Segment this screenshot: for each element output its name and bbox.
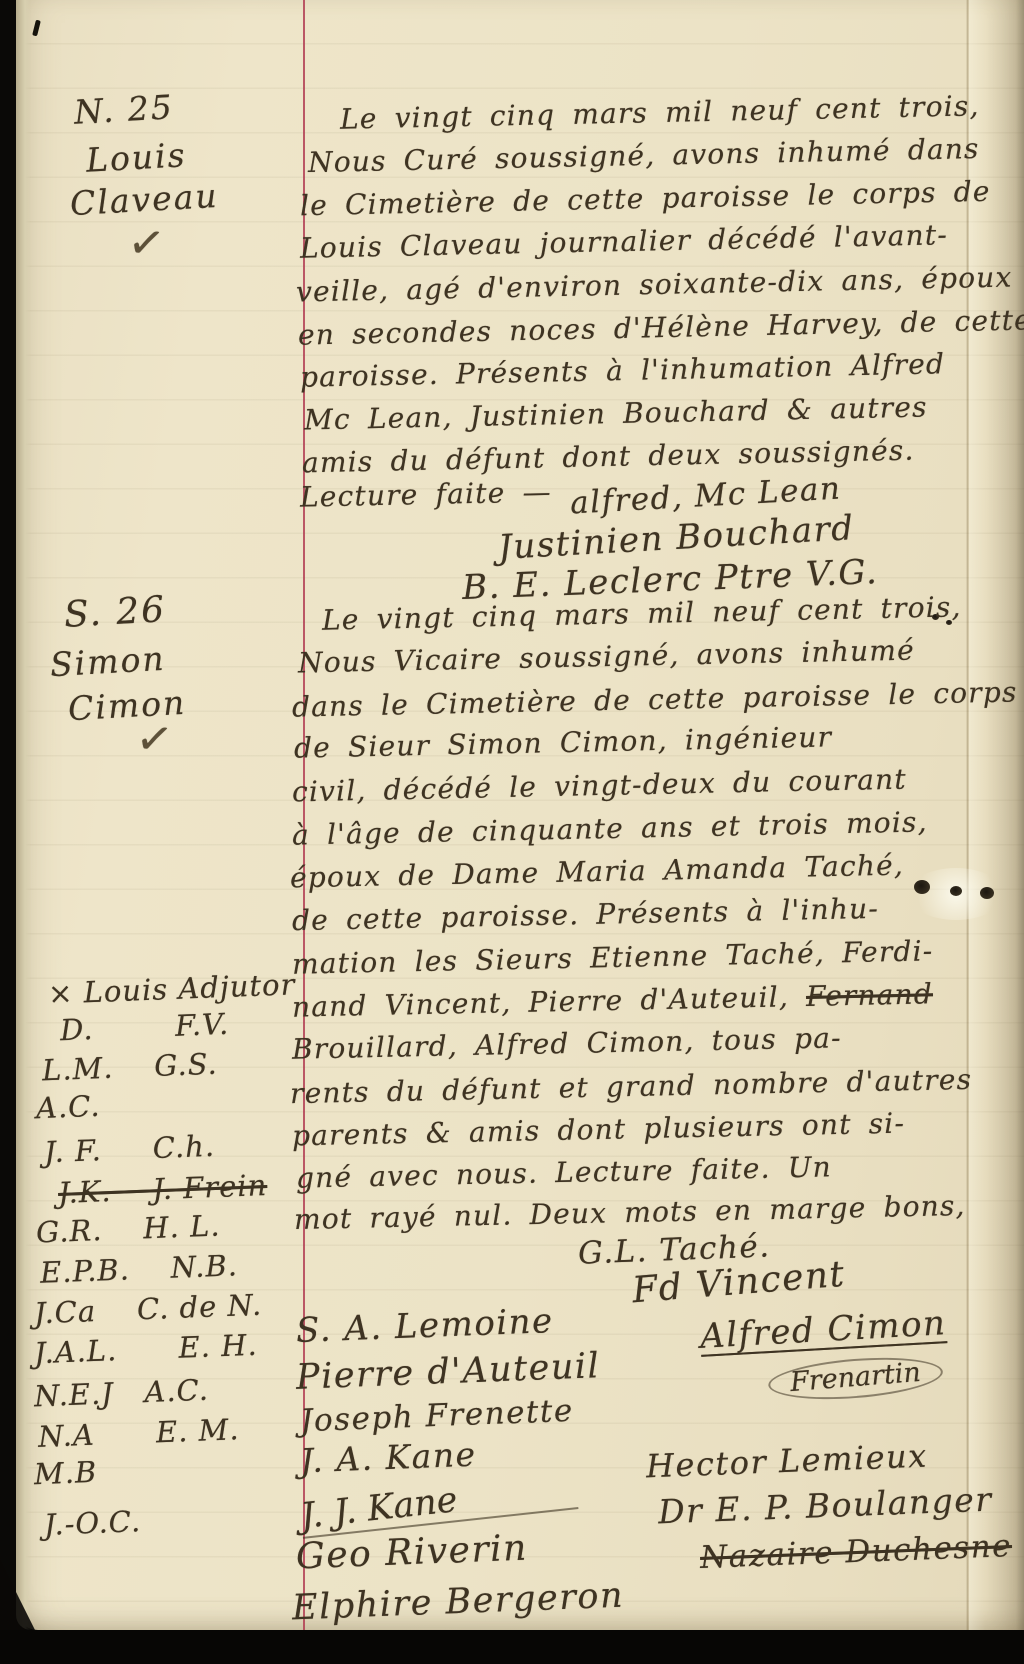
margin-initials-row: J.-O.C. (43, 1504, 141, 1542)
entry1-margin-surname: Claveau (69, 176, 220, 223)
entry1-line: Lecture faite — (300, 475, 552, 513)
entry2-struck-word: Fernand (806, 977, 934, 1013)
margin-initials-row: L.M. G.S. (41, 1047, 218, 1088)
entry1-number: N. 25 (73, 87, 175, 132)
margin-initials-row: N.E.J A.C. (33, 1373, 209, 1414)
binding-hole (980, 887, 994, 899)
entry1-margin-name: Louis (85, 135, 188, 180)
entry2-checkmark: ✓ (133, 712, 177, 768)
margin-initials-row: D. F.V. (59, 1007, 229, 1047)
binding-hole (950, 886, 962, 896)
page-left-edge (16, 0, 31, 1630)
margin-initials-row: M.B (33, 1455, 97, 1491)
margin-initials-row: A.C. (35, 1089, 101, 1125)
scan-bottom-edge (0, 1630, 1024, 1664)
page-fold-line (966, 0, 969, 1630)
page-right-edge (969, 0, 1024, 1630)
register-page-scan: N. 25 Louis Claveau ✓ Le vingt cinq mars… (0, 0, 1024, 1664)
witness-signature: J. A. Kane (299, 1435, 477, 1481)
entry2-number: S. 26 (63, 589, 167, 636)
binding-hole (914, 880, 930, 894)
margin-initials-row: J. F. C.h. (43, 1129, 215, 1170)
entry1-checkmark: ✓ (125, 216, 169, 272)
entry2-margin-name: Simon (49, 639, 167, 684)
margin-initials-row: G.R. H. L. (35, 1208, 221, 1249)
